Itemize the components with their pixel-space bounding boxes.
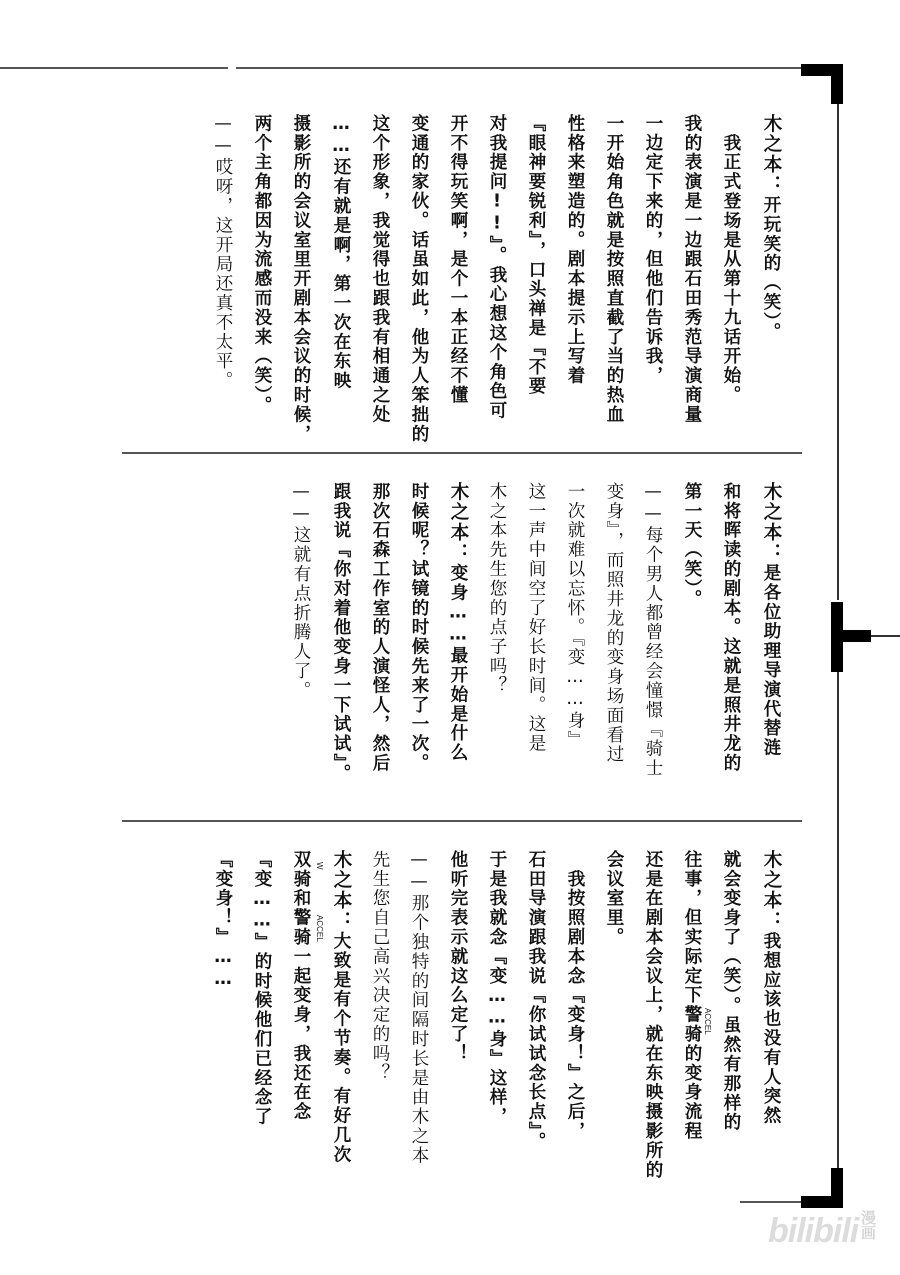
text-column: 于是我就念『变……身』这样，: [486, 850, 508, 1127]
text-column: 还是在剧本会议上，就在东映摄影所的: [642, 850, 664, 1180]
text-column: 木之本：我想应该也没有人突然: [760, 850, 782, 1126]
watermark-manga-label: 漫画: [860, 1210, 876, 1240]
text-column: 会议室里。: [603, 850, 625, 947]
interviewer-column: 变身』，而照井龙的变身场面看过: [603, 482, 625, 764]
interviewer-column: ——哎呀，这开局还真不太平。: [212, 114, 234, 391]
right-rule-bottom: [837, 670, 839, 1170]
ruby-annotation: ACCEL: [315, 915, 324, 942]
mid-bracket-arm: [843, 630, 871, 642]
text-column: 变通的家伙。话虽如此，他为人笨拙的: [408, 114, 430, 444]
right-rule-top: [837, 100, 839, 600]
text-column: ……还有就是啊，第一次在东映: [330, 114, 352, 391]
text-column: 木之本：是各位助理导演代替涟: [760, 482, 782, 758]
text-column: 时候呢？试镜的时候先来了一次。: [408, 482, 430, 773]
text-column: 和将晖读的剧本。这就是照井龙的: [720, 482, 742, 773]
top-rule-left: [0, 67, 228, 69]
ruby-annotation: W: [315, 862, 324, 870]
text-column: 摄影所的会议室里开剧本会议的时候，: [290, 114, 312, 444]
text-column: 石田导演跟我说『你试试念长点』。: [525, 850, 547, 1152]
corner-bracket-bottom-bar: [801, 1196, 843, 1208]
text-column: 跟我说『你对着他变身一下试试』。: [330, 482, 352, 784]
text-column: 我正式登场是从第十九话开始。: [720, 114, 742, 405]
text-column: 那次石森工作室的人演怪人，然后: [369, 482, 391, 773]
interviewer-column: 先生您自己高兴决定的吗？: [369, 850, 391, 1083]
text-column: 一开始角色就是按照直截了当的热血: [603, 114, 625, 424]
text-column: 性格来塑造的。剧本提示上写着: [564, 114, 586, 386]
text-column: 开不得玩笑啊，是个一本正经不懂: [447, 114, 469, 405]
bottom-rule: [740, 1201, 806, 1203]
text-column: 他听完表示就这么定了！: [447, 850, 469, 1063]
text-column: 对我提问!!』。我心想这个角色可: [486, 114, 508, 421]
text-column: 木之本：变身……最开始是什么: [447, 482, 469, 763]
interviewer-column: 一次就难以忘怀。『变……身』: [564, 482, 586, 750]
interviewer-column: 这一声中间空了好长时间。这是: [525, 482, 547, 754]
manga-text-page: 木之本：开玩笑的（笑）。 我正式登场是从第十九话开始。 我的表演是一边跟石田秀范…: [0, 0, 900, 1275]
interviewer-column: ——那个独特的间隔时长是由木之本: [408, 850, 430, 1165]
divider-rule-1: [122, 452, 802, 454]
text-column: 往事，但实际定下警骑的变身流程: [681, 850, 703, 1141]
text-column: 『变……』的时候他们已经念了: [251, 850, 273, 1127]
text-column: 双骑和警骑一起变身，我还在念: [290, 850, 312, 1122]
interviewer-column: 木之本先生您的点子吗？: [486, 482, 508, 695]
bilibili-watermark-logo: bilibili: [768, 1212, 858, 1251]
text-column: 『变身！』……: [212, 850, 234, 991]
text-column: 两个主角都因为流感而没来（笑）。: [251, 114, 273, 416]
interviewer-column: ——每个男人都曾经会憧憬『骑士: [642, 482, 664, 778]
text-column: 一边定下来的，但他们告诉我，: [642, 114, 664, 386]
ruby-annotation: ACCEL: [703, 1008, 712, 1035]
text-column: 就会变身了（笑）。虽然有那样的: [720, 850, 742, 1132]
text-column: 木之本：大致是有个节奏。有好几次: [330, 850, 352, 1164]
divider-rule-2: [122, 820, 802, 822]
top-rule-right: [236, 67, 804, 69]
text-column: 这个形象，我觉得也跟我有相通之处: [369, 114, 391, 424]
text-column: 第一天（笑）。: [681, 482, 703, 609]
text-column: 『眼神要锐利』，口头禅是『不要: [525, 114, 547, 396]
text-column: 木之本：开玩笑的（笑）。: [760, 114, 782, 342]
interviewer-column: ——这就有点折腾人了。: [290, 482, 312, 700]
text-column: 我的表演是一边跟石田秀范导演商量: [681, 114, 703, 424]
corner-bracket-top-stem: [831, 64, 843, 104]
mid-bracket-stem: [831, 602, 843, 672]
text-column: 我按照剧本念『变身！』之后，: [564, 850, 586, 1141]
